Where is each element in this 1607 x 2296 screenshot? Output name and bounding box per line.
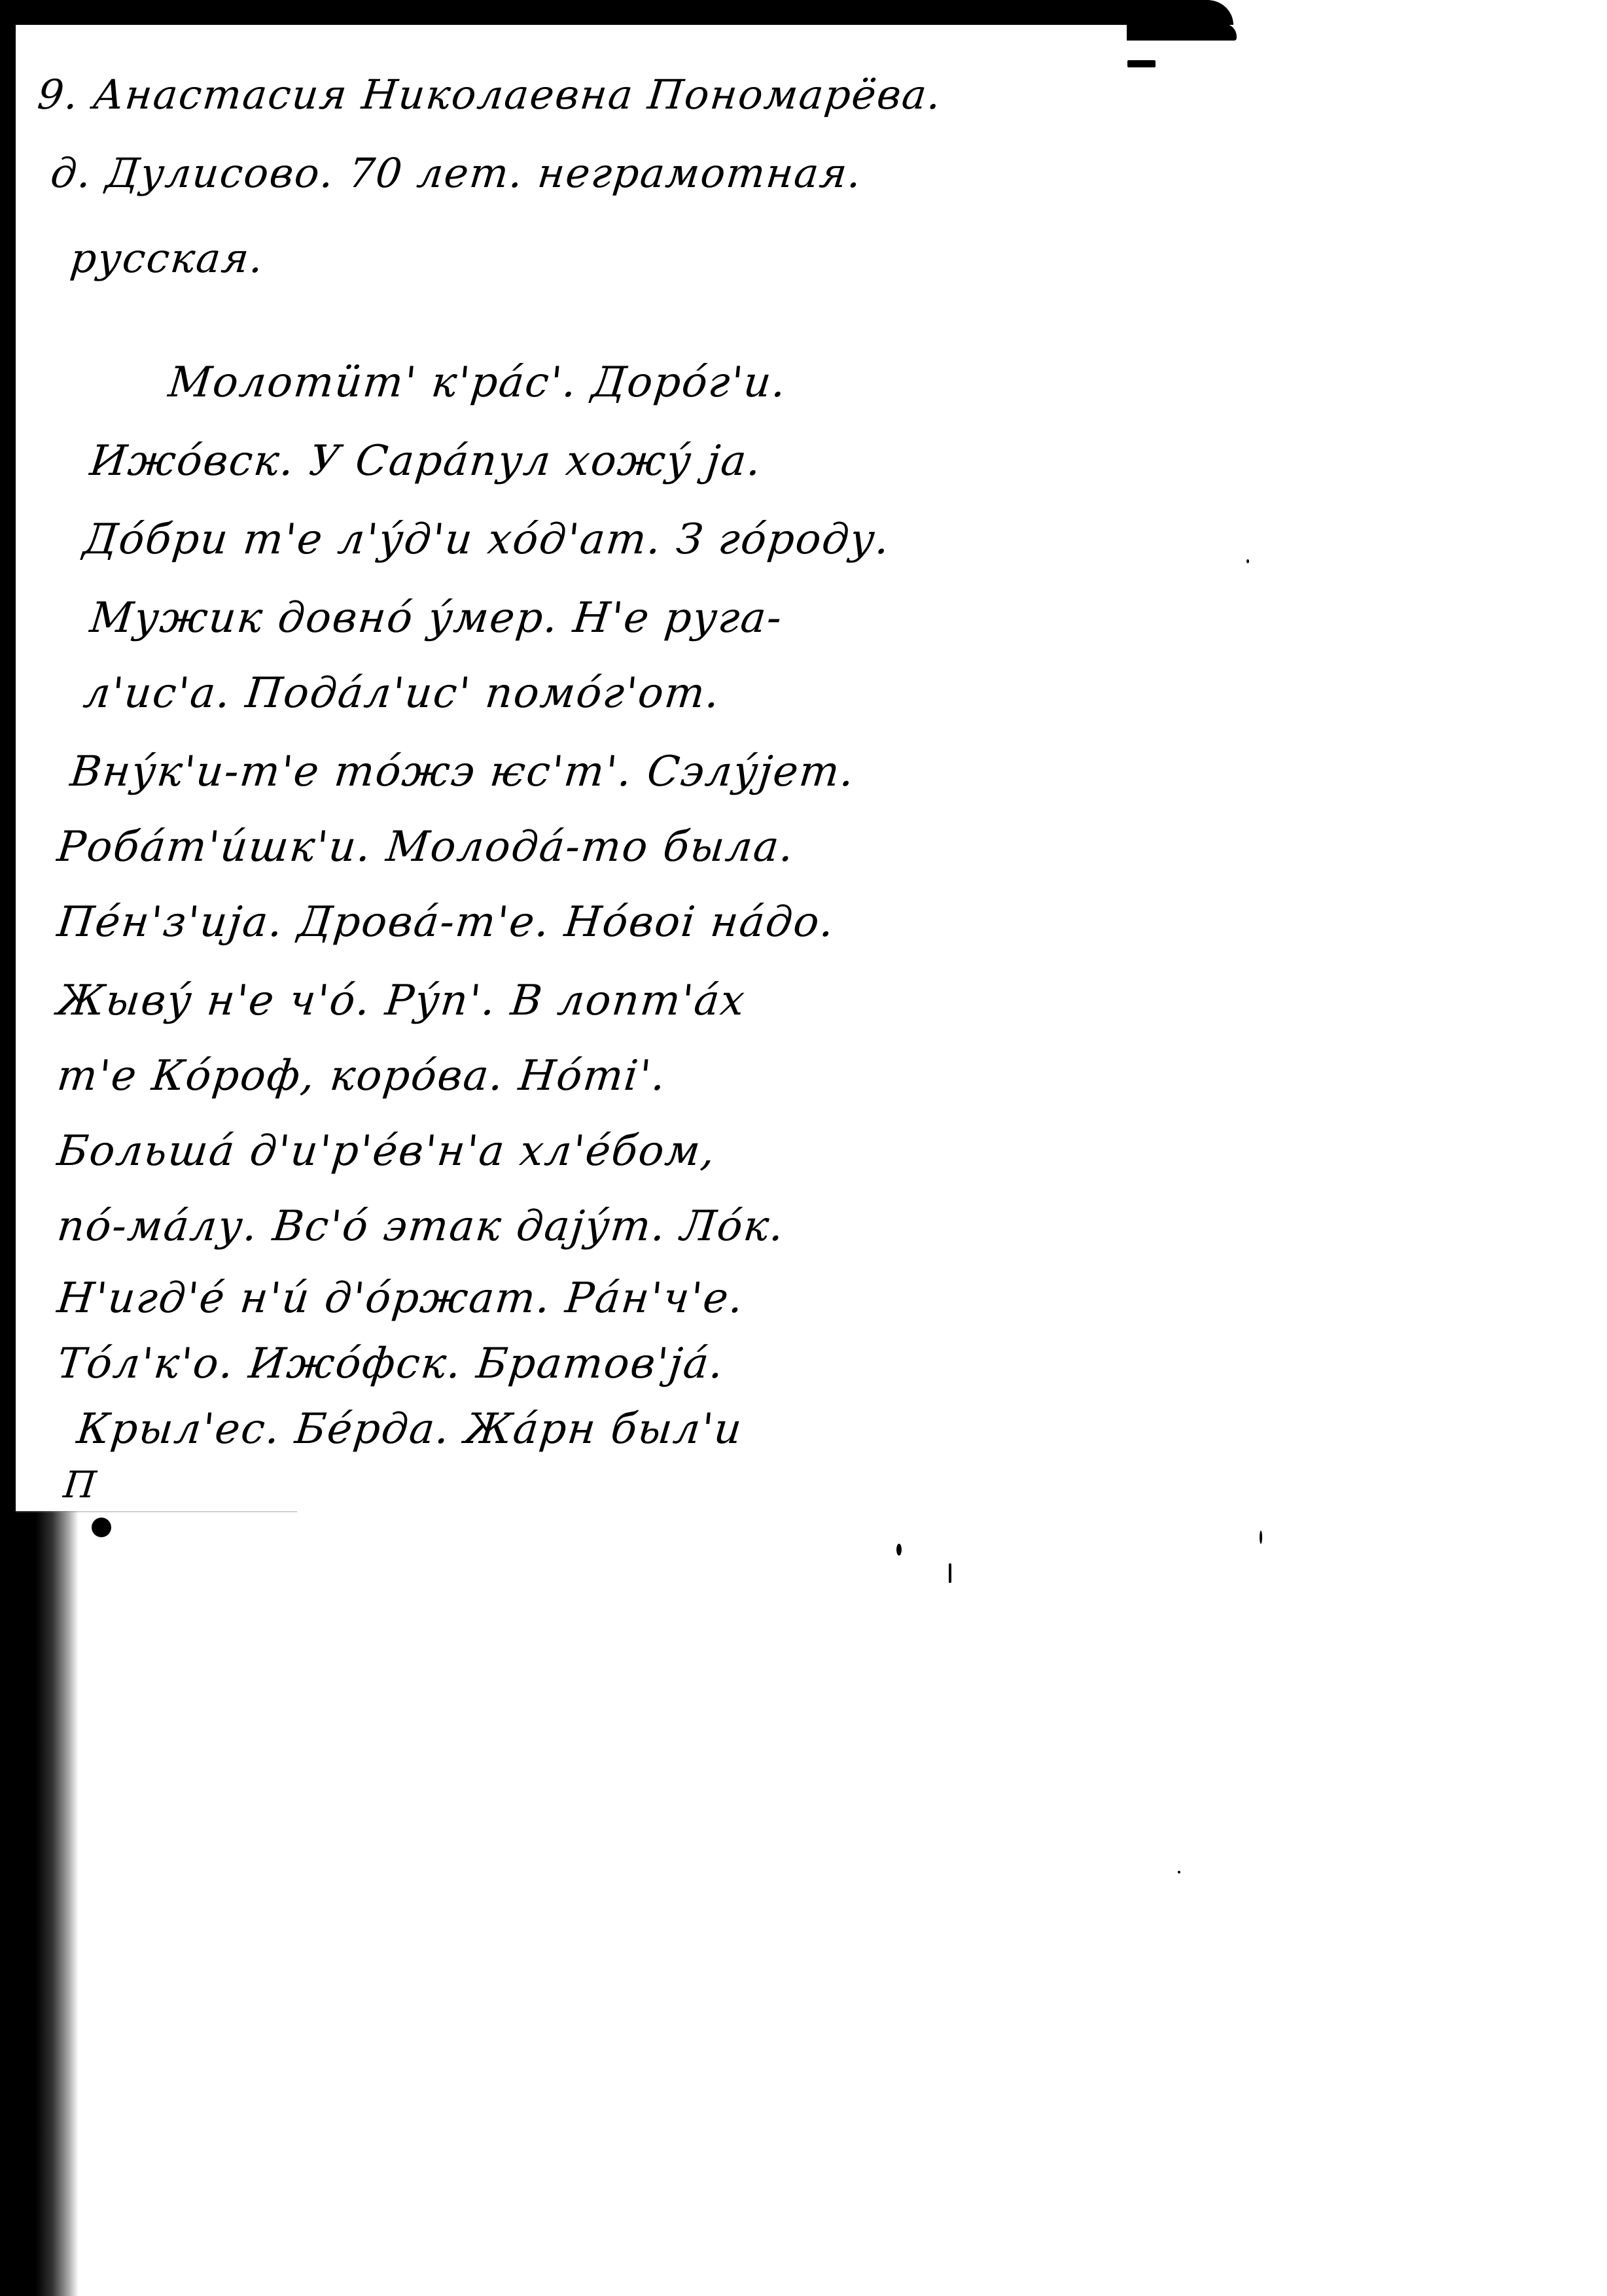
body-line-9: Жыву́ н'е ч'о́. Ру́п'. В лопт'а́х (55, 977, 748, 1025)
body-line-14: То́л'к'о. Ижо́фск. Братов'ја́. (55, 1340, 727, 1388)
header-nationality-line: русская. (68, 234, 267, 282)
body-line-12: по́-ма́лу. Вс'о́ этак дају́т. Ло́к. (55, 1202, 787, 1251)
scan-speck (92, 1518, 111, 1537)
scan-speck (896, 1544, 902, 1556)
body-line-10: т'е Ко́роф, коро́ва. Но́ті'. (55, 1052, 669, 1100)
body-line-7: Роба́т'и́шк'и. Молода́-то была. (55, 823, 797, 871)
handwritten-page: 9. Анастасия Николаевна Пономарёва. д. Д… (16, 25, 1324, 1511)
body-line-15: Крыл'ес. Бе́рда. Жа́рн был'и (75, 1405, 745, 1453)
scan-speck (949, 1563, 951, 1583)
header-name-line: 9. Анастасия Николаевна Пономарёва. (35, 71, 944, 118)
scan-top-edge (0, 0, 1233, 25)
scan-speck (1246, 559, 1249, 563)
scan-speck (1260, 1531, 1262, 1544)
body-line-1: Молотӥт' к'ра́с'. Доро́г'и. (166, 358, 789, 407)
body-line-8: Пе́н'з'ија. Дрова́-т'е. Но́воі на́до. (55, 898, 838, 947)
scan-speck (1178, 1871, 1180, 1873)
body-line-6: Вну́к'и-т'е то́жэ ѥс'т'. Сэлу́јет. (68, 748, 858, 796)
page-bottom-edge (16, 1511, 297, 1512)
body-line-13: Н'игд'е́ н'и́ д'о́ржат. Ра́н'ч'е. (55, 1274, 747, 1323)
body-line-3: До́бри т'е л'у́д'и хо́д'ат. З го́роду. (81, 515, 893, 564)
body-line-5: л'ис'а. Пода́л'ис' помо́г'от. (81, 669, 723, 718)
body-line-16-fragment: П (62, 1464, 99, 1506)
scan-left-shadow (0, 1511, 79, 2296)
body-line-11: Больша́ д'и'р'е́в'н'а хл'е́бом, (55, 1127, 718, 1175)
header-village-line: д. Дулисово. 70 лет. неграмотная. (48, 149, 865, 197)
scan-left-edge (0, 0, 16, 1511)
body-line-4: Мужик довно́ у́мер. Н'е руга- (88, 594, 785, 642)
body-line-2: Ижо́вск. У Сара́пул хожу́ ја. (88, 437, 764, 485)
